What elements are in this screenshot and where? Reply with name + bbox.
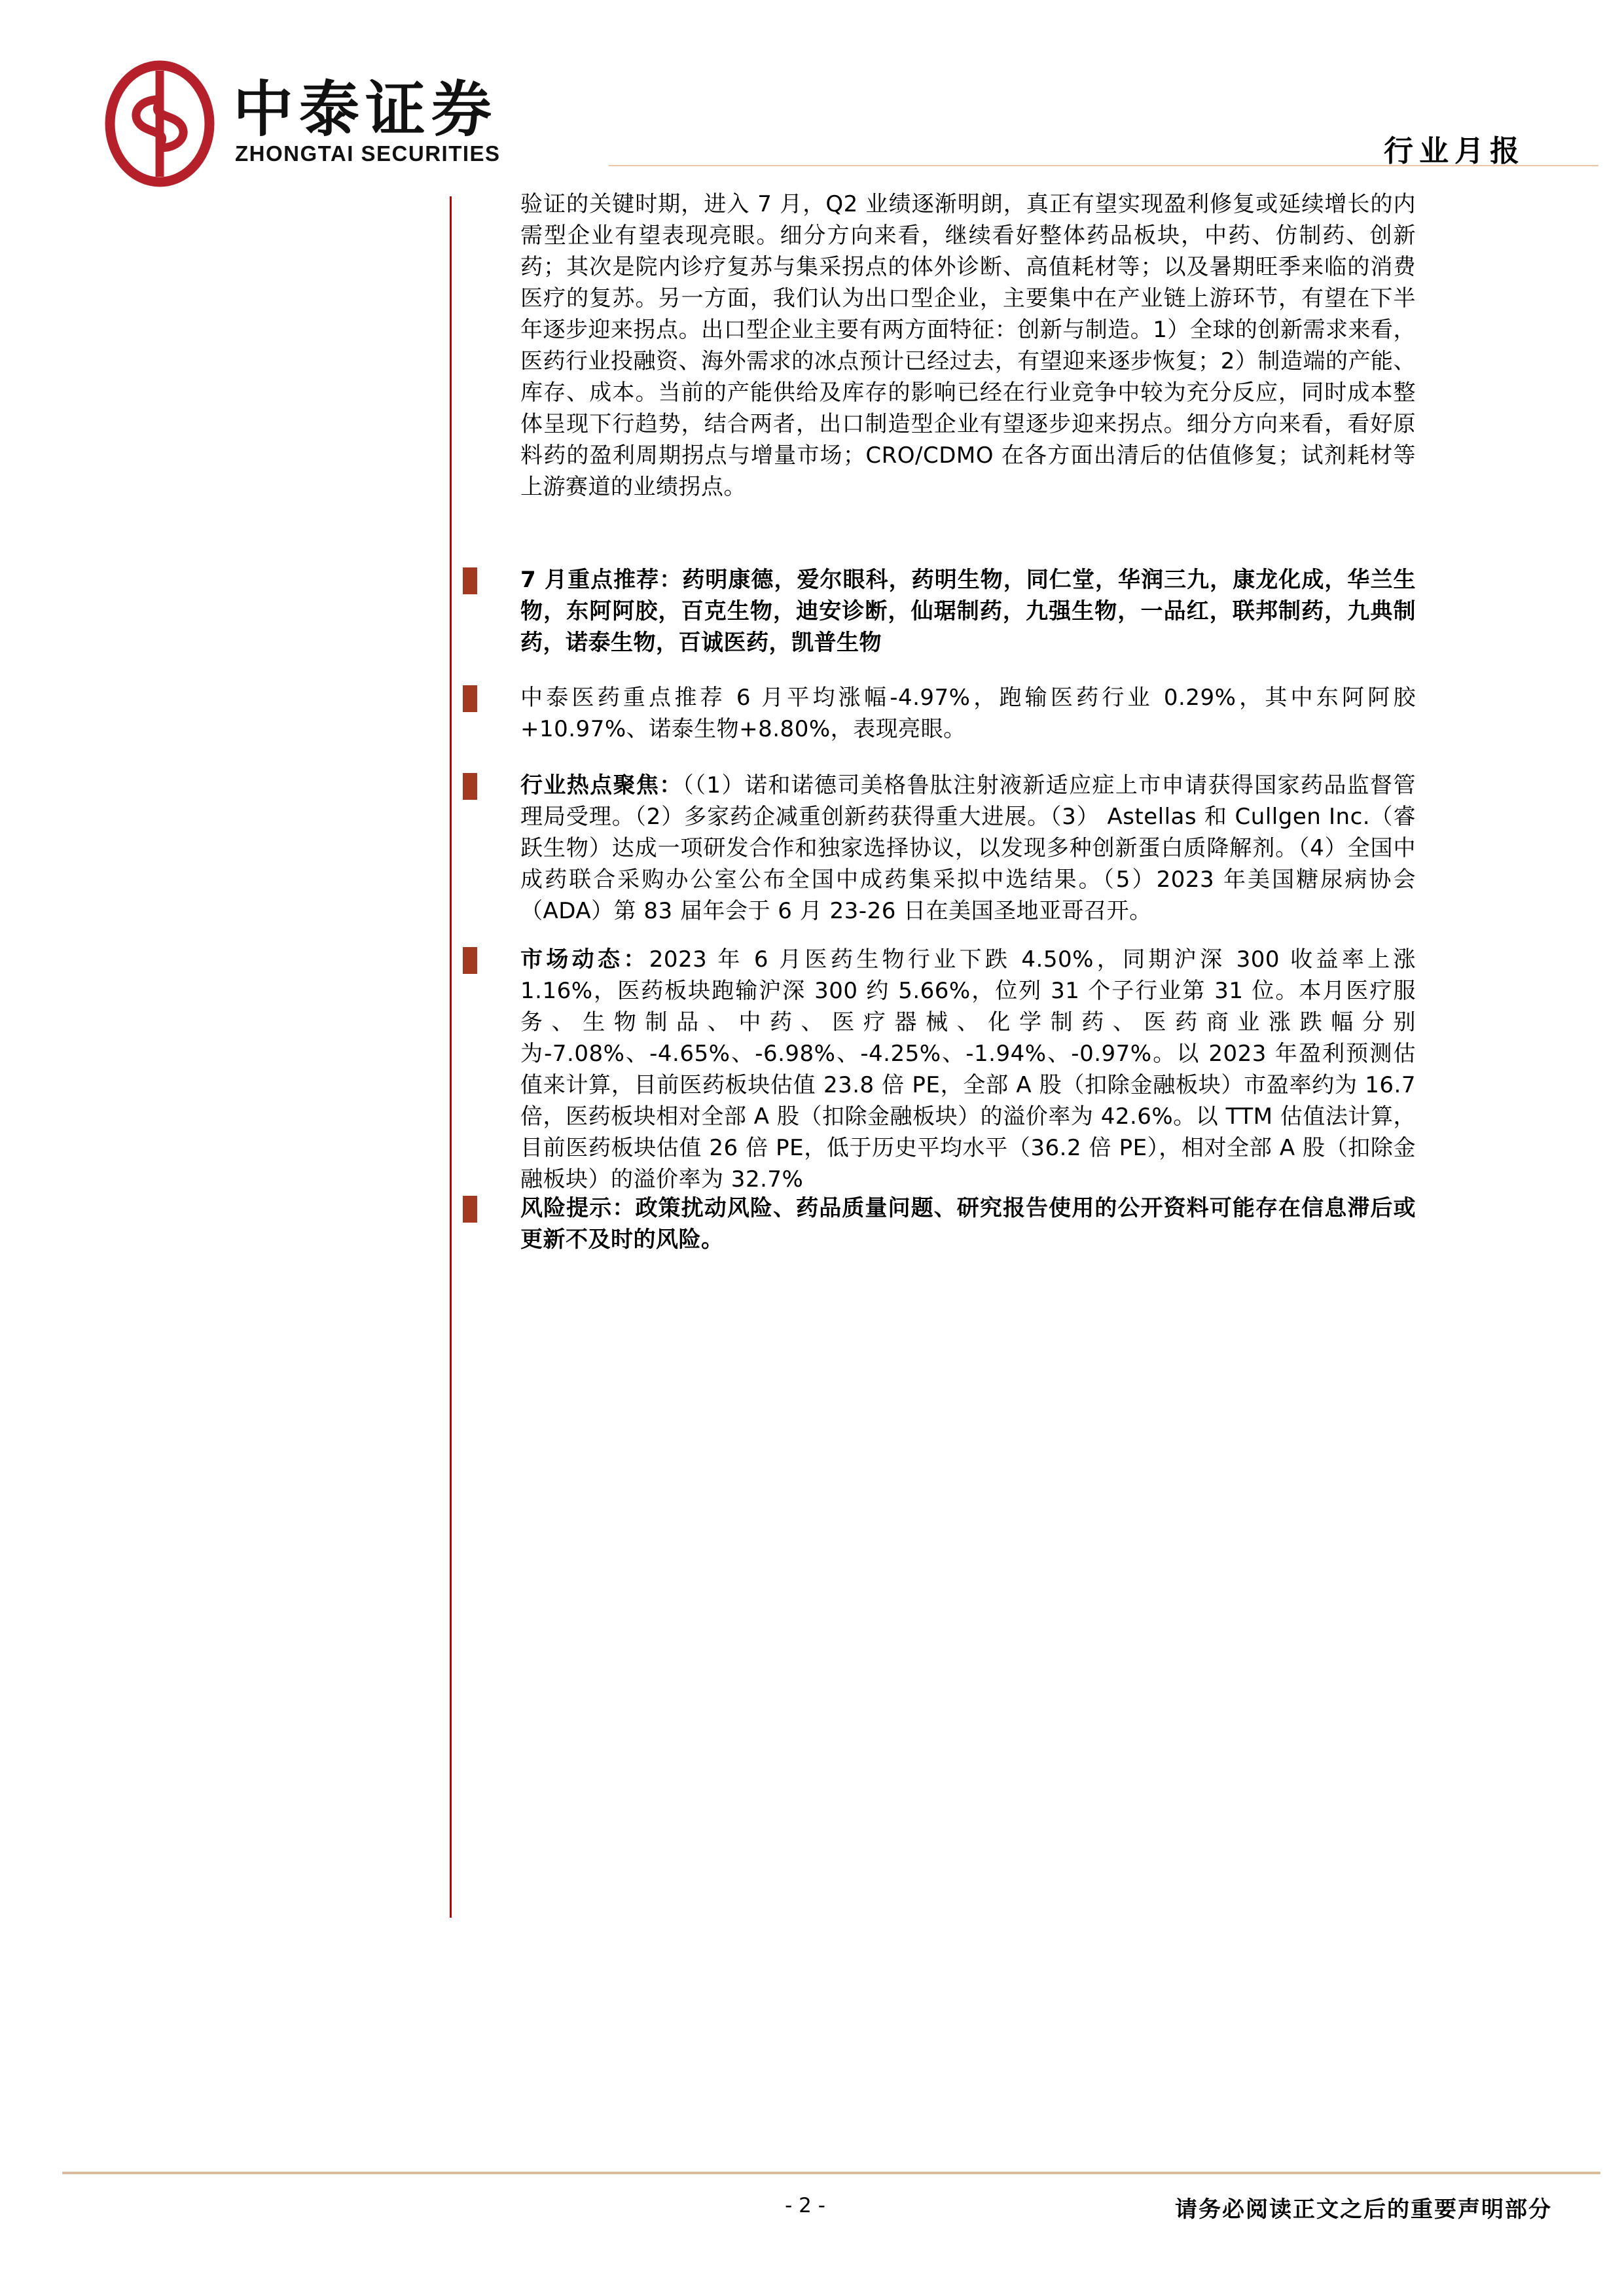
bullet-lead: 行业热点聚焦： (520, 772, 683, 798)
company-logo: 中泰证券 ZHONGTAI SECURITIES (103, 58, 522, 188)
bullet-item-recommendations: 7 月重点推荐：药明康德，爱尔眼科，药明生物，同仁堂，华润三九，康龙化成，华兰生… (520, 564, 1416, 658)
summary-left-rule (450, 196, 452, 1918)
bullet-square-icon (463, 567, 477, 594)
logo-title: 中泰证券 (233, 62, 497, 148)
header-rule (609, 165, 1598, 166)
page-number: - 2 - (746, 2194, 864, 2217)
footer-rule (62, 2172, 1600, 2174)
footer-disclaimer: 请务必阅读正文之后的重要声明部分 (1175, 2191, 1552, 2223)
bullet-square-icon (463, 685, 477, 712)
bullet-item-market-dynamics: 市场动态：2023 年 6 月医药生物行业下跌 4.50%，同期沪深 300 收… (520, 944, 1416, 1195)
bullet-item-industry-hotspots: 行业热点聚焦：（（1）诺和诺德司美格鲁肽注射液新适应症上市申请获得国家药品监督管… (520, 770, 1416, 927)
bullet-body: 政策扰动风险、药品质量问题、研究报告使用的公开资料可能存在信息滞后或更新不及时的… (520, 1195, 1416, 1253)
bullet-square-icon (463, 947, 477, 974)
bullet-square-icon (463, 1196, 477, 1223)
report-type-label: 行业月报 (1384, 127, 1525, 170)
zhongtai-logo-icon (103, 59, 216, 188)
bullet-item-risk-warning: 风险提示：政策扰动风险、药品质量问题、研究报告使用的公开资料可能存在信息滞后或更… (520, 1193, 1416, 1255)
bullet-lead: 风险提示： (520, 1195, 635, 1221)
bullet-item-performance: 中泰医药重点推荐 6 月平均涨幅-4.97%，跑输医药行业 0.29%，其中东阿… (520, 682, 1416, 745)
bullet-body: 2023 年 6 月医药生物行业下跌 4.50%，同期沪深 300 收益率上涨 … (520, 946, 1416, 1193)
bullet-body: 中泰医药重点推荐 6 月平均涨幅-4.97%，跑输医药行业 0.29%，其中东阿… (520, 685, 1416, 742)
bullet-square-icon (463, 773, 477, 800)
report-page: 中泰证券 ZHONGTAI SECURITIES 行业月报 验证的关键时期，进入… (0, 0, 1624, 2296)
bullet-lead: 市场动态： (520, 946, 649, 973)
bullet-lead: 7 月重点推荐： (520, 567, 682, 593)
logo-subtitle: ZHONGTAI SECURITIES (235, 141, 501, 166)
intro-paragraph: 验证的关键时期，进入 7 月，Q2 业绩逐渐明朗，真正有望实现盈利修复或延续增长… (520, 188, 1416, 503)
